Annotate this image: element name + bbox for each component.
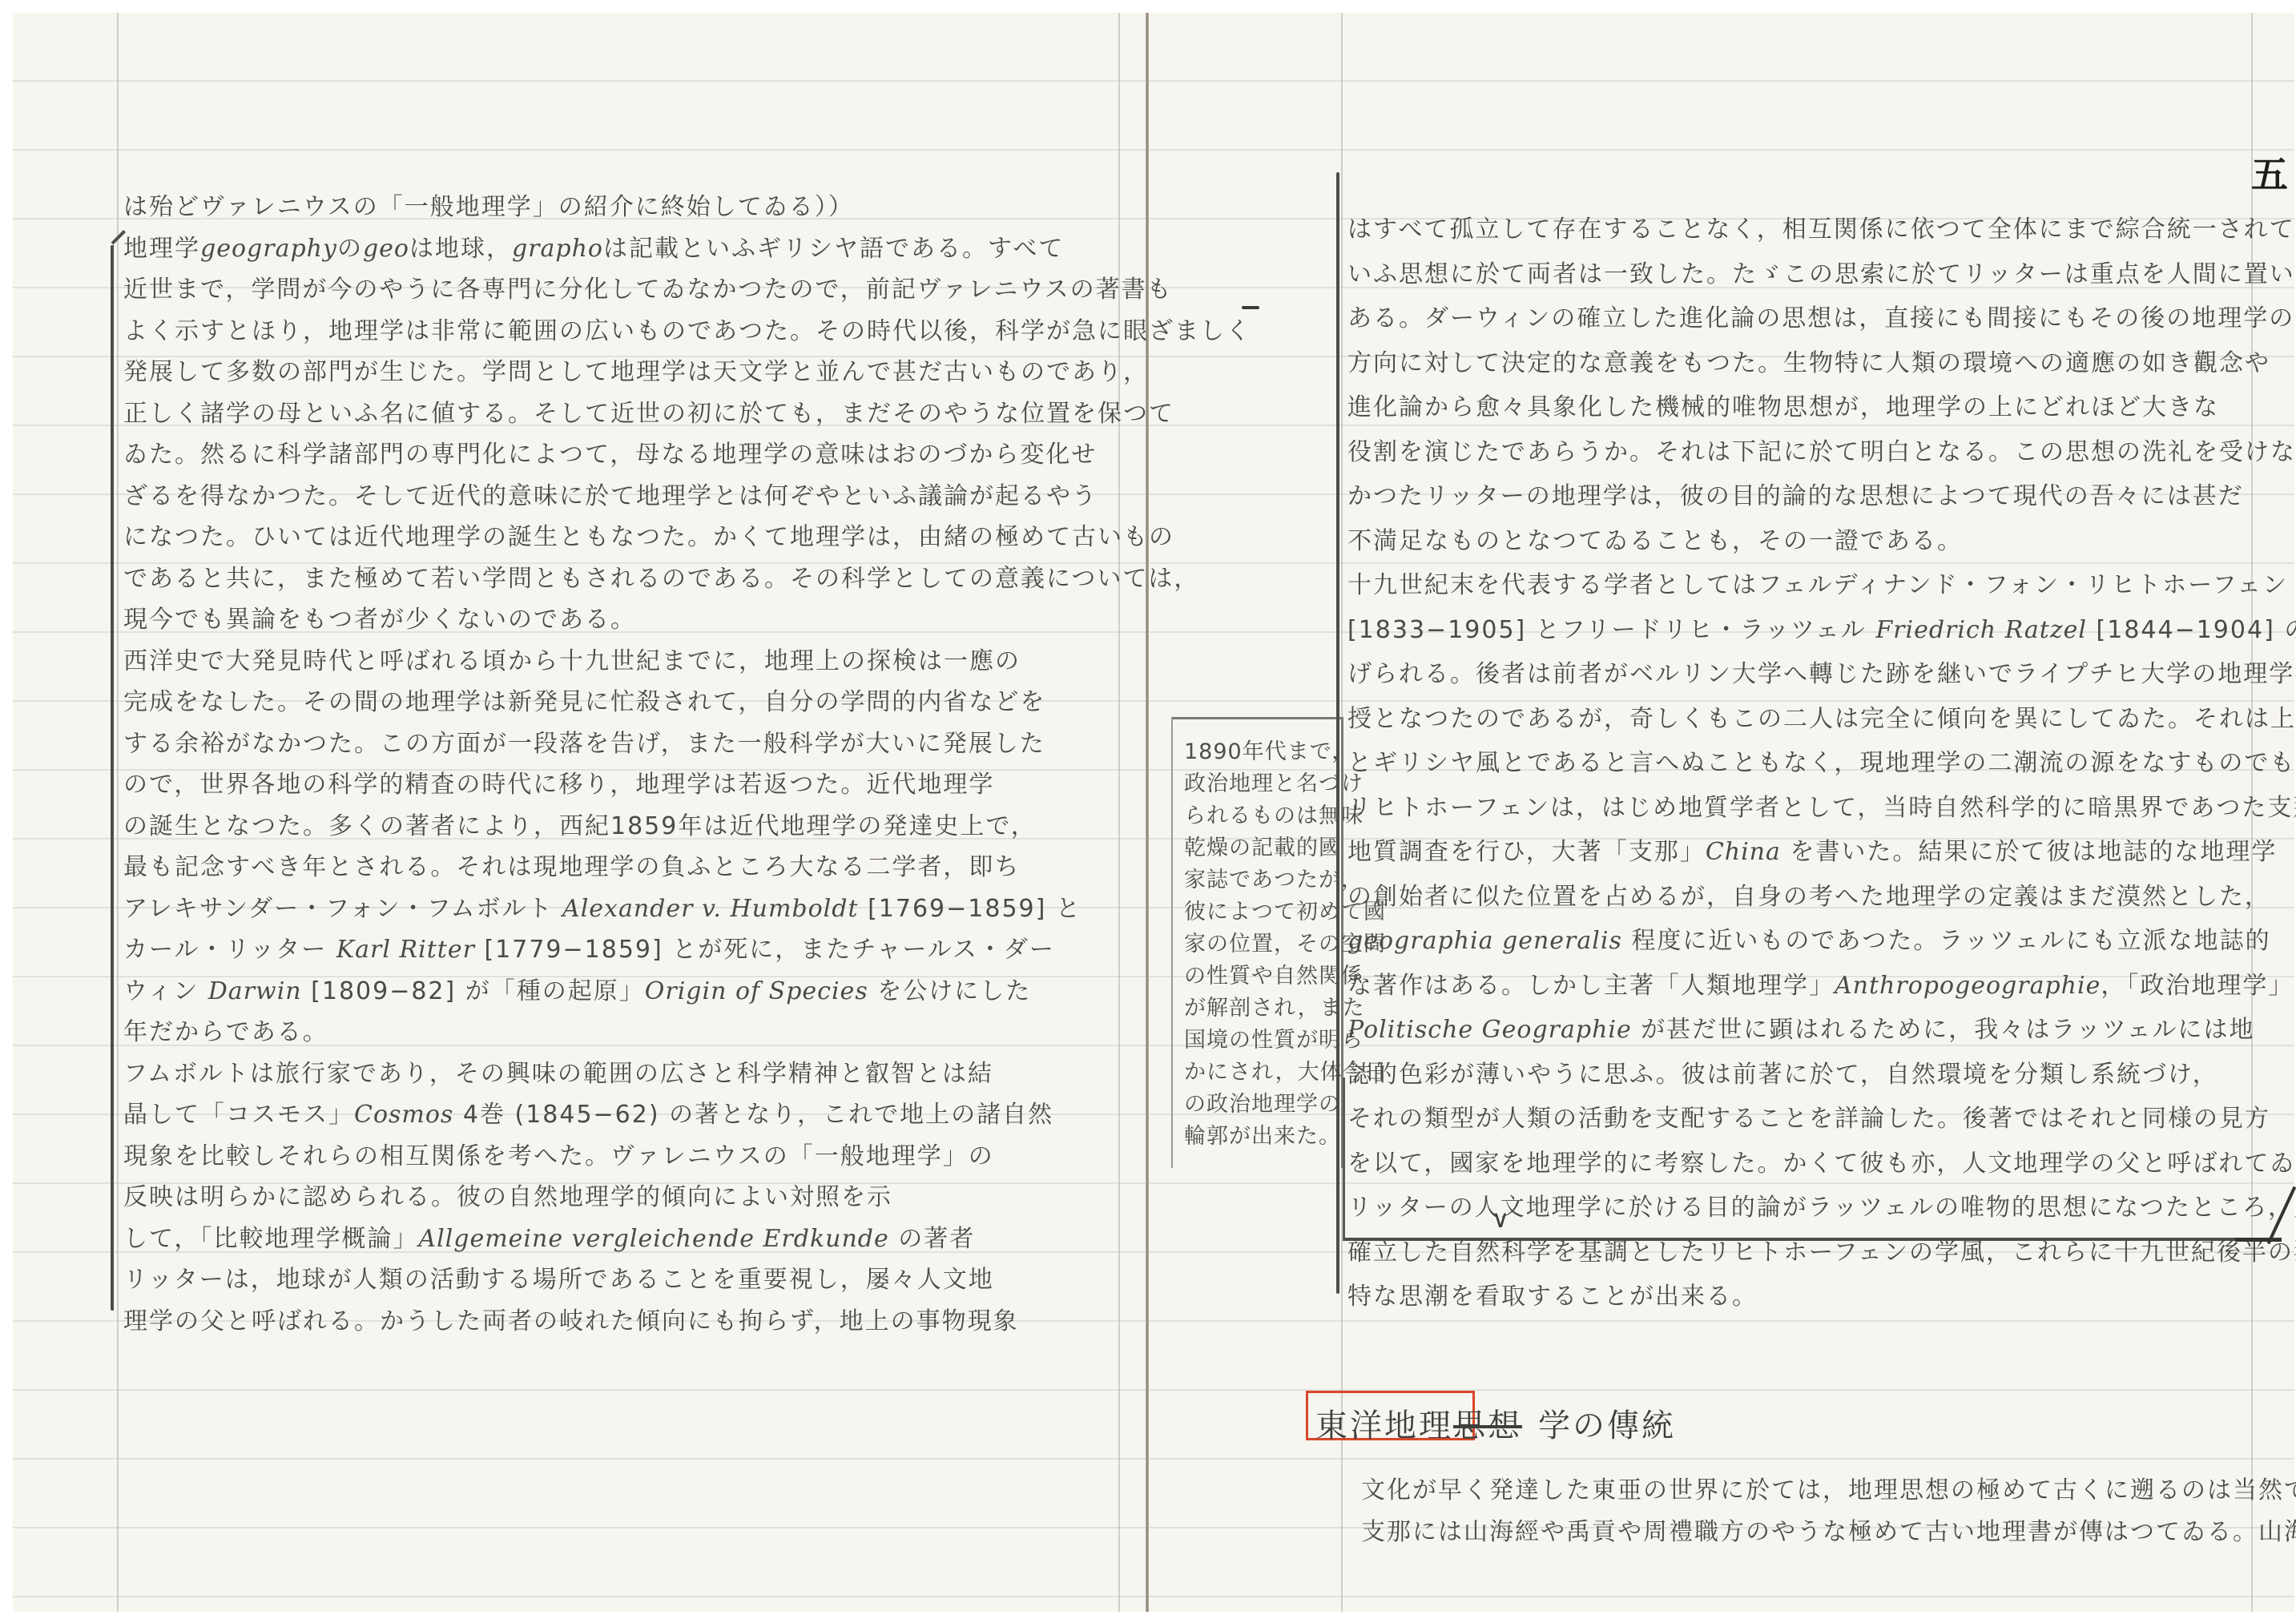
text-segment: 程度に近いものであつた。ラッツェルにも立派な地誌的 xyxy=(1622,927,2271,955)
manuscript-line: よく示すとほり，地理学は非常に範囲の広いものであつた。その時代以後，科学が急に眼… xyxy=(123,320,1251,344)
manuscript-line: 地理学geographyのgeoは地球，graphoは記載といふギリシヤ語である… xyxy=(123,237,1064,261)
manuscript-line: 現象を比較しそれらの相互関係を考へた。ヴァレニウスの「一般地理学」の xyxy=(123,1145,994,1169)
manuscript-line: げられる。後者は前者がベルリン大学へ轉じた跡を継いでライプチヒ大学の地理学教 xyxy=(1347,662,2296,687)
manuscript-line: かつたリッターの地理学は，彼の目的論的な思想によつて現代の吾々には甚だ xyxy=(1347,485,2244,509)
text-segment: 晶して「コスモス」 xyxy=(123,1101,354,1129)
text-segment: 地理学 xyxy=(123,235,200,263)
manuscript-line: [1833−1905] とフリードリヒ・ラッツェル Friedrich Ratz… xyxy=(1347,618,2296,642)
manuscript-line: 役割を演じたであらうか。それは下記に於て明白となる。この思想の洗礼を受けな xyxy=(1347,441,2296,465)
text-segment: が甚だ世に顕はれるために，我々はラッツェルには地 xyxy=(1632,1016,2255,1044)
manuscript-line: 確立した自然科学を基調としたリヒトホーフェンの学風，これらに十九世紀後半の独 xyxy=(1347,1241,2296,1265)
inserted-passage-box xyxy=(1343,1077,2250,1241)
text-segment: の著者 xyxy=(889,1225,976,1253)
manuscript-line: とギリシヤ風とであると言へぬこともなく，現地理学の二潮流の源をなすものでもあつた… xyxy=(1347,751,2296,775)
text-segment: 4巻 (1845−62) の著となり，これで地上の諸自然 xyxy=(453,1101,1053,1129)
text-segment: を公けにした xyxy=(868,977,1032,1005)
caret-insert-mark: ∨ xyxy=(1492,1206,1509,1234)
latin-term: Darwin xyxy=(208,977,302,1005)
manuscript-line: の創始者に似た位置を占めるが，自身の考へた地理学の定義はまだ漠然とした， xyxy=(1347,885,2270,909)
manuscript-line: 特な思潮を看取することが出来る。 xyxy=(1347,1285,1758,1309)
latin-term: grapho xyxy=(512,235,603,263)
right-page: はすべて孤立して存在することなく，相互関係に依つて全体にまで綜合統一されてゐると… xyxy=(1149,13,2294,1612)
heading-rest: 学の傳統 xyxy=(1538,1408,1676,1444)
manuscript-line: 地質調査を行ひ，大著「支那」China を書いた。結果に於て彼は地誌的な地理学 xyxy=(1347,840,2277,864)
text-segment: は記載といふギリシヤ語である。すべて xyxy=(603,235,1064,263)
manuscript-line: 十九世紀末を代表する学者としてはフェルディナンド・フォン・リヒトホーフェン F.… xyxy=(1347,574,2296,598)
text-segment: [1779−1859] とが死に，またチャールス・ダー xyxy=(475,936,1055,964)
latin-term: Cosmos xyxy=(354,1101,453,1129)
manuscript-line: geographia generalis 程度に近いものであつた。ラッツェルにも… xyxy=(1347,929,2271,953)
section-line: 文化が早く発達した東亜の世界に於ては，地理思想の極めて古くに遡るのは当然である。 xyxy=(1361,1479,2296,1503)
manuscript-line: ウィン Darwin [1809−82] が「種の起原」Origin of Sp… xyxy=(123,980,1031,1004)
text-segment: [1809−82] が「種の起原」 xyxy=(302,977,645,1005)
manuscript-line: 近世まで，学問が今のやうに各専門に分化してゐなかつたので，前記ヴァレニウスの著書… xyxy=(123,278,1173,302)
manuscript-line: Politische Geographie が甚だ世に顕はれるために，我々はラッ… xyxy=(1347,1018,2255,1042)
text-segment: の xyxy=(337,235,363,263)
latin-term: geo xyxy=(363,235,409,263)
latin-term: Karl Ritter xyxy=(336,936,475,964)
latin-term: Origin of Species xyxy=(645,977,868,1005)
manuscript-line: リッターは，地球が人類の活動する場所であることを重要視し，屡々人文地 xyxy=(123,1268,994,1292)
manuscript-line: カール・リッター Karl Ritter [1779−1859] とが死に，また… xyxy=(123,938,1055,962)
manuscript-line: 理学の父と呼ばれる。かうした両者の岐れた傾向にも拘らず，地上の事物現象 xyxy=(123,1310,1019,1334)
latin-term: China xyxy=(1706,838,1781,866)
manuscript-line: 方向に対して決定的な意義をもつた。生物特に人類の環境への適應の如き觀念や xyxy=(1347,352,2270,376)
latin-term: Anthropogeographie xyxy=(1835,972,2101,1000)
text-segment: ，「政治地理学」 xyxy=(2101,972,2294,1000)
left-page: は殆どヴァレニウスの「一般地理学」の紹介に終始してゐる））地理学geograph… xyxy=(13,13,1146,1612)
latin-term: Alexander v. Humboldt xyxy=(562,895,859,923)
text-segment: [1833−1905] とフリードリヒ・ラッツェル xyxy=(1347,616,1875,644)
text-segment: 地質調査を行ひ，大著「支那」 xyxy=(1347,838,1706,866)
manuscript-line: になつた。ひいては近代地理学の誕生ともなつた。かくて地理学は，由緒の極めて古いも… xyxy=(123,526,1174,550)
manuscript-line: 授となつたのであるが，奇しくもこの二人は完全に傾向を異にしてゐた。それは上記ロー… xyxy=(1347,707,2296,731)
revision-bracket-left xyxy=(111,245,119,1311)
page-number: 五 xyxy=(2251,146,2288,199)
latin-term: geography xyxy=(200,235,337,263)
manuscript-line: 年だからである。 xyxy=(123,1021,328,1045)
text-segment: カール・リッター xyxy=(123,936,336,964)
text-segment: を書いた。結果に於て彼は地誌的な地理学 xyxy=(1781,838,2278,866)
manuscript-line: ゐた。然るに科学諸部門の専門化によつて，母なる地理学の意味はおのづから変化せ xyxy=(123,443,1097,467)
manuscript-line: リヒトホーフェンは，はじめ地質学者として，当時自然科学的に暗黒界であつた支那の xyxy=(1347,796,2296,820)
manuscript-line: する余裕がなかつた。この方面が一段落を告げ，また一般科学が大いに発展した xyxy=(123,732,1045,756)
manuscript-line: ある。ダーウィンの確立した進化論の思想は，直接にも間接にもその後の地理学の発展 xyxy=(1347,307,2296,331)
manuscript-line: いふ思想に於て両者は一致した。たゞこの思索に於てリッターは重点を人間に置いたので xyxy=(1347,263,2296,287)
section-line: 支那には山海經や禹貢や周禮職方のやうな極めて古い地理書が傳はつてゐる。山海 xyxy=(1361,1520,2296,1544)
heading-struck-part: 思想 xyxy=(1453,1408,1522,1444)
manuscript-line: は殆どヴァレニウスの「一般地理学」の紹介に終始してゐる）） xyxy=(123,195,854,219)
manuscript-line: 不満足なものとなつてゐることも，その一證である。 xyxy=(1347,530,1963,554)
manuscript-line: アレキサンダー・フォン・フムボルト Alexander v. Humboldt … xyxy=(123,897,1082,921)
manuscript-line: 完成をなした。その間の地理学は新発見に忙殺されて，自分の学問的内省などを xyxy=(123,691,1045,715)
manuscript-line: して，「比較地理学概論」Allgemeine vergleichende Erd… xyxy=(123,1227,975,1251)
section-heading: 東洋地理思想学の傳統 xyxy=(1315,1400,1676,1446)
manuscript-line: の誕生となつた。多くの著者により，西紀1859年は近代地理学の発達史上で， xyxy=(123,815,1037,839)
manuscript-line: 発展して多数の部門が生じた。学問として地理学は天文学と並んで甚だ古いものであり， xyxy=(123,360,1149,385)
manuscript-line: ので，世界各地の科学的精査の時代に移り，地理学は若返つた。近代地理学 xyxy=(123,773,994,797)
text-segment: ウィン xyxy=(123,977,208,1005)
manuscript-line: ざるを得なかつた。そして近代的意味に於て地理学とは何ぞやといふ議論が起るやう xyxy=(123,485,1098,509)
latin-term: Politische Geographie xyxy=(1347,1016,1632,1044)
latin-term: Allgemeine vergleichende Erdkunde xyxy=(418,1225,888,1253)
latin-term: geographia generalis xyxy=(1347,927,1622,955)
manuscript-line: 反映は明らかに認められる。彼の自然地理学的傾向によい対照を示 xyxy=(123,1186,892,1210)
text-segment: [1844−1904] の両名があ xyxy=(2087,616,2296,644)
insert-arrow-tail xyxy=(2235,1238,2282,1242)
manuscript-line: な著作はある。しかし主著「人類地理学」Anthropogeographie，「政… xyxy=(1347,974,2294,998)
heading-boxed-part: 東洋地理 xyxy=(1315,1408,1453,1444)
manuscript-line: 晶して「コスモス」Cosmos 4巻 (1845−62) の著となり，これで地上… xyxy=(123,1103,1053,1127)
manuscript-line: はすべて孤立して存在することなく，相互関係に依つて全体にまで綜合統一されてゐると xyxy=(1347,218,2296,242)
stray-ink-mark xyxy=(1242,306,1259,309)
manuscript-line: 最も記念すべき年とされる。それは現地理学の負ふところ大なる二学者，即ち xyxy=(123,856,1020,880)
text-segment: して，「比較地理学概論」 xyxy=(123,1225,418,1253)
manuscript-line: フムボルトは旅行家であり，その興味の範囲の広さと科学精神と叡智とは結 xyxy=(123,1062,993,1086)
text-segment: な著作はある。しかし主著「人類地理学」 xyxy=(1347,972,1835,1000)
manuscript-line: 進化論から愈々具象化した機械的唯物思想が，地理学の上にどれほど大きな xyxy=(1347,396,2219,420)
text-segment: 十九世紀末を代表する学者としてはフェルディナンド・フォン・リヒトホーフェン xyxy=(1347,571,2296,599)
manuscript-line: 正しく諸学の母といふ名に値する。そして近世の初に於ても，まだそのやうな位置を保つ… xyxy=(123,402,1174,426)
manuscript-line: 西洋史で大発見時代と呼ばれる頃から十九世紀までに，地理上の探検は一應の xyxy=(123,650,1021,674)
revision-bracket-right xyxy=(1336,172,1339,1294)
text-segment: は地球， xyxy=(409,235,512,263)
latin-term: Friedrich Ratzel xyxy=(1875,616,2087,644)
text-segment: アレキサンダー・フォン・フムボルト xyxy=(123,895,562,923)
manuscript-line: であると共に，また極めて若い学問ともされるのである。その科学としての意義について… xyxy=(123,567,1199,591)
manuscript-line: 現今でも異論をもつ者が少くないのである。 xyxy=(123,608,636,632)
text-segment: [1769−1859] と xyxy=(859,895,1082,923)
